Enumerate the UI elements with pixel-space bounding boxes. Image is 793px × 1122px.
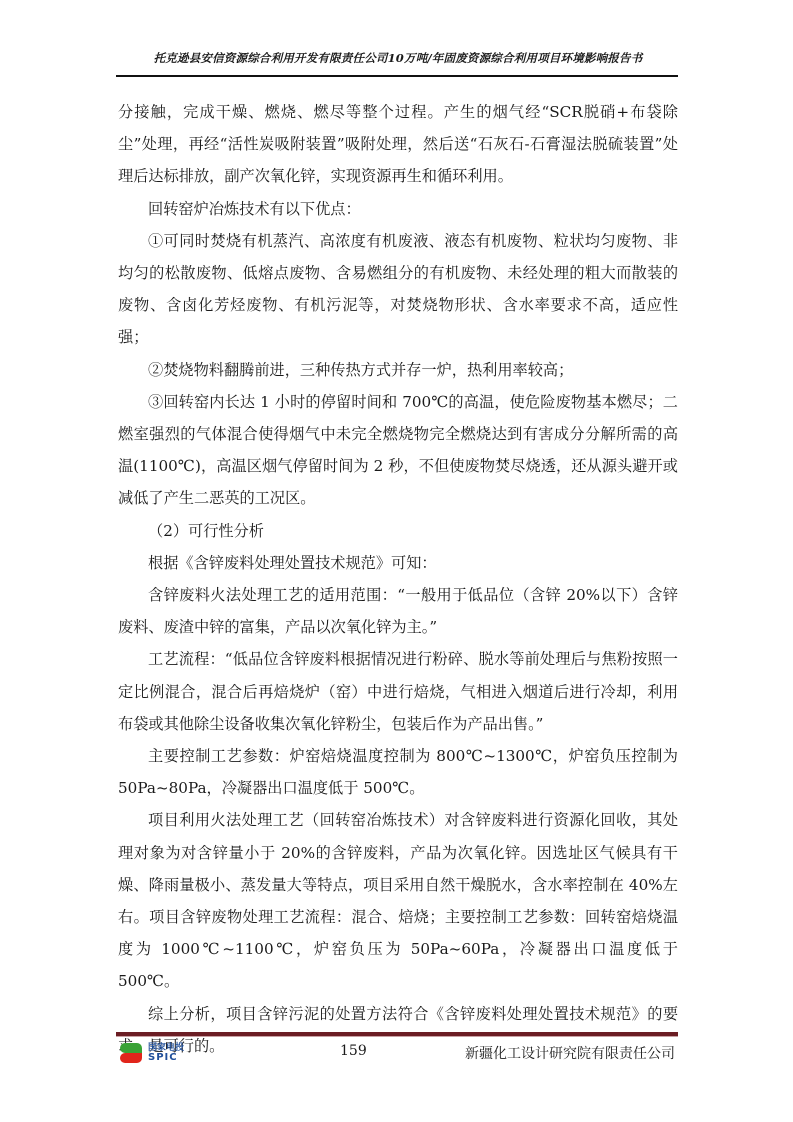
spic-logo: 国家电投 SPIC [120, 1043, 184, 1063]
header-divider [116, 75, 678, 77]
spic-logo-icon [120, 1043, 142, 1063]
section-heading-feasibility: （2）可行性分析 [118, 515, 678, 547]
paragraph-process-flow: 工艺流程：“低品位含锌废料根据情况进行粉碎、脱水等前处理后与焦粉按照一定比例混合… [118, 643, 678, 740]
paragraph-process-continuation: 分接触，完成干燥、燃烧、燃尽等整个过程。产生的烟气经“SCR脱硝+布袋除尘”处理… [118, 96, 678, 193]
document-title: 托克逊县安信资源综合利用开发有限责任公司10万吨/年固废资源综合利用项目环境影响… [118, 50, 678, 66]
document-body: 分接触，完成干燥、燃烧、燃尽等整个过程。产生的烟气经“SCR脱硝+布袋除尘”处理… [118, 96, 678, 1062]
paragraph-advantage-2: ②焚烧物料翻腾前进，三种传热方式并存一炉，热利用率较高； [118, 354, 678, 386]
paragraph-scope: 含锌废料火法处理工艺的适用范围：“一般用于低品位（含锌 20%以下）含锌废料、废… [118, 579, 678, 643]
paragraph-project-process: 项目利用火法处理工艺（回转窑冶炼技术）对含锌废料进行资源化回收，其处理对象为对含… [118, 804, 678, 997]
logo-english-text: SPIC [148, 1053, 184, 1063]
footer-divider [116, 1032, 678, 1037]
paragraph-standard-reference: 根据《含锌废料处理处置技术规范》可知： [118, 547, 678, 579]
paragraph-advantage-1: ①可同时焚烧有机蒸汽、高浓度有机废液、液态有机废物、粒状均匀废物、非均匀的松散废… [118, 225, 678, 354]
paragraph-advantages-intro: 回转窑炉冶炼技术有以下优点： [118, 193, 678, 225]
footer-company-name: 新疆化工设计研究院有限责任公司 [465, 1043, 675, 1063]
paragraph-advantage-3: ③回转窑内长达 1 小时的停留时间和 700℃的高温，使危险废物基本燃尽；二燃室… [118, 386, 678, 515]
page-number: 159 [340, 1043, 367, 1059]
paragraph-control-parameters: 主要控制工艺参数：炉窑焙烧温度控制为 800℃~1300℃，炉窑负压控制为50P… [118, 740, 678, 804]
